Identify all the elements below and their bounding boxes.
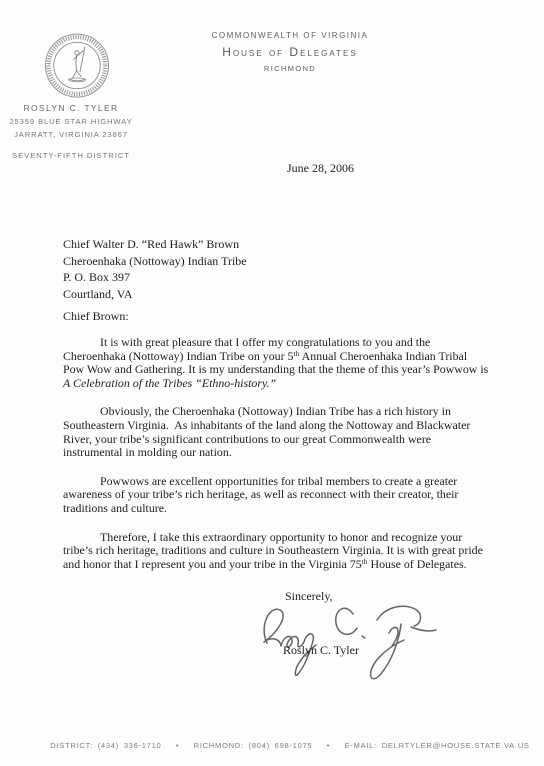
- body-line: tribe’s rich heritage, traditions and cu…: [63, 544, 533, 558]
- recipient-line: Courtland, VA: [63, 286, 247, 303]
- typed-signature-name: Roslyn C. Tyler: [283, 643, 359, 658]
- salutation: Chief Brown:: [63, 309, 129, 324]
- district-label: SEVENTY-FIFTH DISTRICT: [4, 151, 138, 160]
- body-paragraph: Obviously, the Cheroenhaka (Nottoway) In…: [63, 405, 533, 459]
- recipient-line: Cheroenhaka (Nottoway) Indian Tribe: [63, 253, 247, 270]
- recipient-address-block: Chief Walter D. “Red Hawk” Brown Cheroen…: [63, 236, 247, 302]
- body-line: Cheroenhaka (Nottoway) Indian Tribe on y…: [63, 350, 533, 364]
- body-line: traditions and culture.: [63, 502, 533, 516]
- member-info-block: ROSLYN C. TYLER 25359 BLUE STAR HIGHWAY …: [4, 103, 138, 142]
- member-name: ROSLYN C. TYLER: [4, 103, 138, 113]
- letter-body: It is with great pleasure that I offer m…: [63, 336, 533, 586]
- body-line: Pow Wow and Gathering. It is my understa…: [63, 363, 533, 377]
- body-line: instrumental in molding our nation.: [63, 446, 533, 460]
- body-line: awareness of your tribe’s rich heritage,…: [63, 488, 533, 502]
- body-line: It is with great pleasure that I offer m…: [63, 336, 533, 350]
- member-address-line1: 25359 BLUE STAR HIGHWAY: [4, 117, 138, 126]
- body-line: Southeastern Virginia. As inhabitants of…: [63, 419, 533, 433]
- body-paragraph: Powwows are excellent opportunities for …: [63, 475, 533, 516]
- recipient-line: P. O. Box 397: [63, 269, 247, 286]
- house-of-delegates-title: House of Delegates: [188, 45, 392, 59]
- body-line: A Celebration of the Tribes “Ethno-histo…: [63, 377, 533, 391]
- body-line: Obviously, the Cheroenhaka (Nottoway) In…: [63, 405, 533, 419]
- body-line: and honor that I represent you and your …: [63, 558, 533, 572]
- commonwealth-title: COMMONWEALTH OF VIRGINIA: [188, 31, 392, 40]
- richmond-label: RICHMOND: [188, 64, 392, 73]
- letterhead-center: COMMONWEALTH OF VIRGINIA House of Delega…: [188, 31, 392, 73]
- body-line: River, your tribe’s significant contribu…: [63, 433, 533, 447]
- body-line: Powwows are excellent opportunities for …: [63, 475, 533, 489]
- recipient-line: Chief Walter D. “Red Hawk” Brown: [63, 236, 247, 253]
- scanned-letter-page: ROSLYN C. TYLER 25359 BLUE STAR HIGHWAY …: [0, 0, 544, 766]
- body-paragraph: It is with great pleasure that I offer m…: [63, 336, 533, 390]
- virginia-state-seal-icon: [42, 29, 112, 102]
- contact-footer: DISTRICT: (434) 336-1710 • RICHMOND: (80…: [0, 741, 544, 750]
- body-line: Therefore, I take this extraordinary opp…: [63, 531, 533, 545]
- member-address-line2: JARRATT, VIRGINIA 23867: [4, 130, 138, 139]
- body-paragraph: Therefore, I take this extraordinary opp…: [63, 531, 533, 572]
- letter-date: June 28, 2006: [287, 161, 354, 176]
